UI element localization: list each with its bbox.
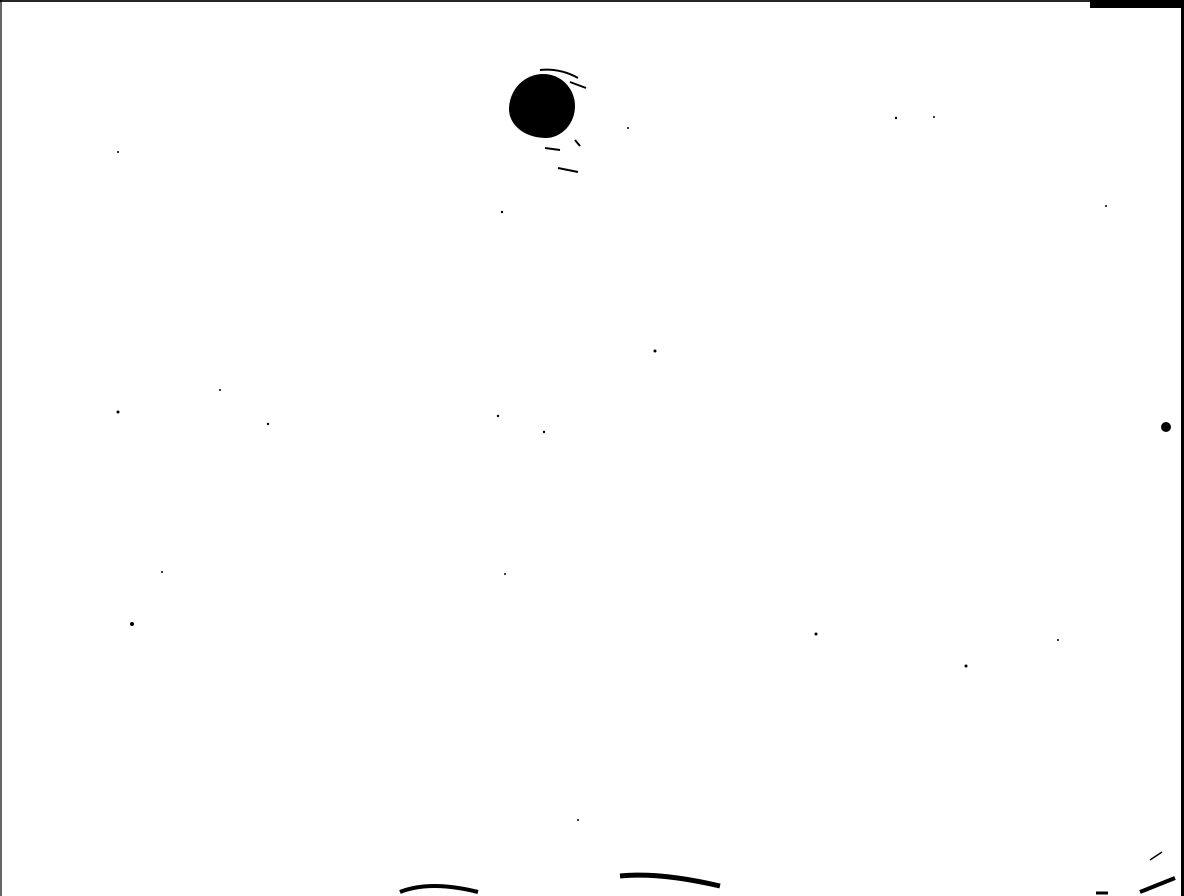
- scanned-page: [0, 0, 1184, 896]
- ink-marks: [0, 0, 1184, 896]
